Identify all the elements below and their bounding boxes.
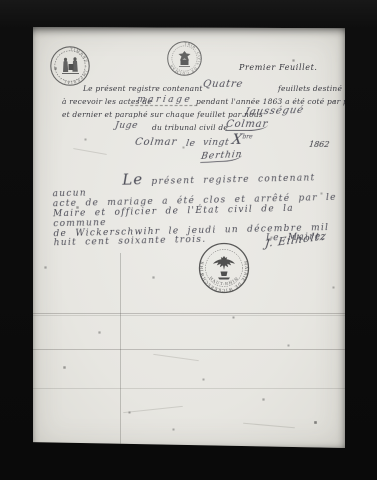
form-line4-printed: du tribunal civil de bbox=[152, 123, 228, 132]
scratch-mark-3 bbox=[243, 423, 295, 429]
form-line1-handwritten-count: Quatre bbox=[202, 79, 244, 90]
form-line1-printed-a: Le présent registre contenant bbox=[83, 84, 203, 93]
crease-line-1 bbox=[33, 313, 345, 314]
svg-text:HAUT-RHIN: HAUT-RHIN bbox=[208, 275, 239, 286]
timbre-imperial-stamp-icon: TIMBRE · IMPERIAL · bbox=[49, 45, 91, 87]
mairie-stamp-icon: MAIRIE DE WICKERSCHWIHR HAUT-RHIN bbox=[197, 241, 251, 295]
paper-noise bbox=[33, 27, 34, 28]
scanned-register-photo: { "doc": { "heading": "Premier Feuillet.… bbox=[0, 0, 377, 480]
scratch-mark-2 bbox=[123, 406, 183, 413]
closing-line-5-text: huit cent soixante trois. bbox=[54, 236, 207, 249]
date-place: Colmar bbox=[134, 137, 177, 148]
register-page: TIMBRE · IMPERIAL · TRIB. CIVIL DE COLMA… bbox=[33, 27, 345, 448]
tribunal-stamp-icon: TRIB. CIVIL DE COLMAR bbox=[166, 40, 203, 77]
crease-line-2 bbox=[33, 349, 345, 350]
form-line3-printed: et dernier et paraphé sur chaque feuille… bbox=[62, 110, 263, 119]
judge-signature: Berthin bbox=[200, 150, 243, 163]
page-heading: Premier Feuillet. bbox=[239, 63, 318, 72]
date-le: le bbox=[185, 139, 196, 149]
scratch-mark-1 bbox=[153, 354, 199, 361]
mairie-wickerschwihr-stamp: MAIRIE DE WICKERSCHWIHR HAUT-RHIN bbox=[197, 241, 251, 299]
crease-line-1b bbox=[33, 315, 345, 316]
date-month: Xbre bbox=[231, 132, 253, 148]
crease-line-3 bbox=[33, 388, 345, 389]
form-line2-handwritten-acte-type: mariage bbox=[130, 95, 199, 106]
paragraph-indent bbox=[52, 185, 122, 187]
form-line3-handwritten-name: Jausségué bbox=[244, 105, 305, 118]
date-day: vingt bbox=[202, 138, 230, 148]
form-line4-handwritten-title: Juge bbox=[114, 121, 138, 131]
form-line1-printed-b: feuillets destiné bbox=[278, 84, 342, 93]
date-year: 1862 bbox=[308, 140, 330, 149]
date-month-sup: bre bbox=[242, 133, 253, 140]
closing-line-1-lead: Le bbox=[122, 170, 143, 188]
imperial-eagle-icon bbox=[213, 256, 235, 280]
tribunal-stamp: TRIB. CIVIL DE COLMAR bbox=[166, 40, 203, 81]
mairie-stamp-bottom-text: HAUT-RHIN bbox=[208, 275, 239, 286]
form-line4-handwritten-city: Colmar bbox=[225, 119, 269, 131]
scratch-mark-4 bbox=[73, 148, 107, 155]
